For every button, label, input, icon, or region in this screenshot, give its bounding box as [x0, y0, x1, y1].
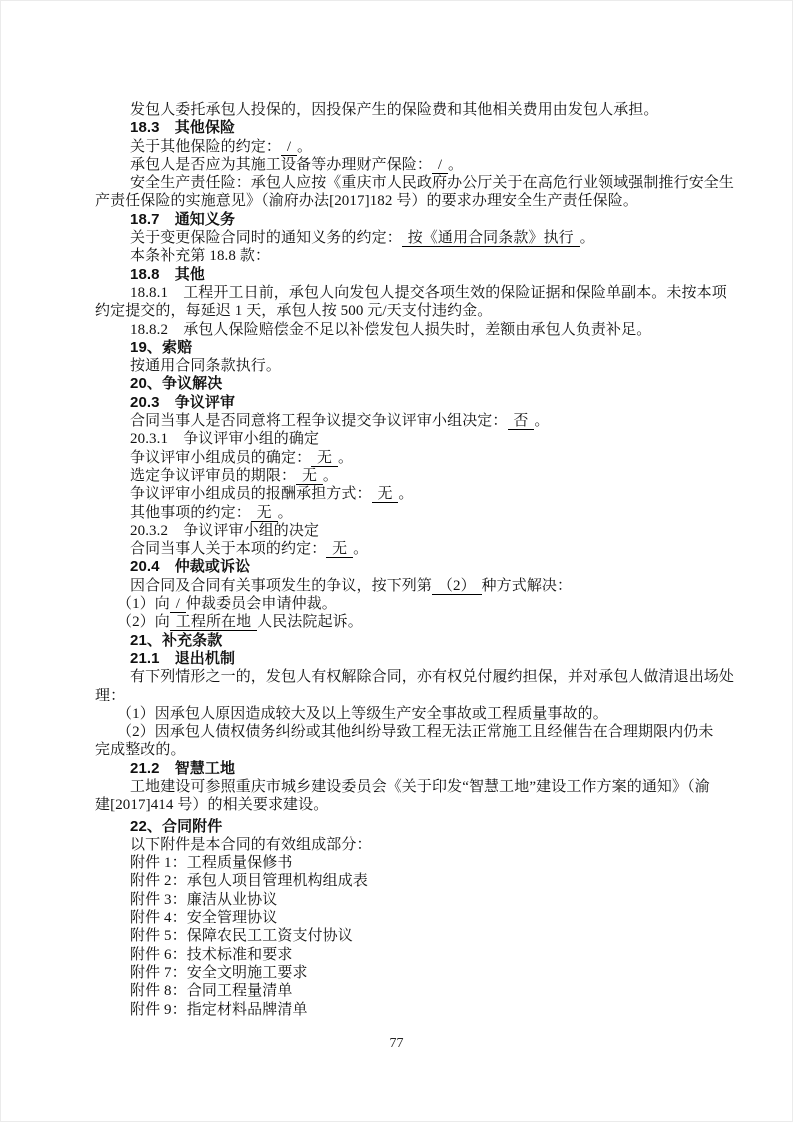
doc-line: 建[2017]414 号）的相关要求建设。	[95, 796, 735, 814]
section-heading: 18.8 其他	[95, 266, 735, 284]
doc-line: 完成整改的。	[95, 741, 735, 759]
text-run: 因合同及合同有关事项发生的争议，按下列第	[130, 578, 432, 594]
text-run: 20.3 争议评审	[130, 394, 235, 411]
text-run: 产责任保险的实施意见》（渝府办法[2017]182 号）的要求办理安全生产责任保…	[95, 193, 638, 209]
text-run: 21.2 智慧工地	[130, 760, 235, 777]
text-run: 20、争议解决	[130, 375, 222, 392]
filled-blank: 无	[251, 505, 278, 522]
doc-line: 附件 4：安全管理协议	[95, 909, 735, 927]
text-run: 附件 6：技术标准和要求	[130, 947, 292, 963]
text-run: 约定提交的，每延迟 1 天，承包人按 500 元/天支付违约金。	[95, 303, 492, 319]
section-heading: 20、争议解决	[95, 375, 735, 393]
text-run: 附件 8：合同工程量清单	[130, 983, 292, 999]
doc-line: 20.3.1 争议评审小组的确定	[95, 430, 735, 448]
doc-line: 18.8.1 工程开工日前，承包人向发包人提交各项生效的保险证据和保险单副本。未…	[95, 284, 735, 302]
text-run: 18.8.1 工程开工日前，承包人向发包人提交各项生效的保险证据和保险单副本。未…	[130, 285, 727, 301]
filled-blank: /	[170, 596, 186, 613]
text-run: 种方式解决：	[482, 578, 573, 594]
text-run: 。	[580, 230, 595, 246]
text-run: 人民法院起诉。	[257, 614, 363, 630]
text-run: 附件 5：保障农民工工资支付协议	[130, 928, 353, 944]
section-heading: 19、索赔	[95, 339, 735, 357]
text-run: 以下附件是本合同的有效组成部分：	[130, 837, 372, 853]
text-run: 争议评审小组成员的报酬承担方式：	[130, 486, 372, 502]
doc-line: 附件 1：工程质量保修书	[95, 854, 735, 872]
doc-line: 附件 5：保障农民工工资支付协议	[95, 927, 735, 945]
doc-line: 争议评审小组成员的报酬承担方式： 无 。	[95, 485, 735, 503]
doc-line: （2）因承包人债权债务纠纷或其他纠纷导致工程无法正常施工且经催告在合理期限内仍未	[95, 723, 735, 741]
text-run: 安全生产责任险：承包人应按《重庆市人民政府办公厅关于在高危行业领域强制推行安全生	[130, 175, 734, 191]
text-run: 按通用合同条款执行。	[130, 358, 281, 374]
filled-blank: 无	[311, 450, 338, 467]
text-run: 合同当事人是否同意将工程争议提交争议评审小组决定：	[130, 413, 508, 429]
section-heading: 22、合同附件	[95, 818, 735, 836]
text-run: 。	[534, 413, 549, 429]
text-run: （1）向	[117, 596, 170, 612]
doc-line: 产责任保险的实施意见》（渝府办法[2017]182 号）的要求办理安全生产责任保…	[95, 192, 735, 210]
doc-line: 关于其他保险的约定： / 。	[95, 138, 735, 156]
text-run: 。	[398, 486, 413, 502]
doc-line: 争议评审小组成员的确定： 无 。	[95, 449, 735, 467]
doc-line: 其他事项的约定： 无 。	[95, 504, 735, 522]
doc-line: （1）向 / 仲裁委员会申请仲裁。	[95, 595, 735, 613]
text-run: 发包人委托承包人投保的，因投保产生的保险费和其他相关费用由发包人承担。	[130, 102, 659, 118]
filled-blank: 否	[508, 413, 535, 430]
filled-blank: 工程所在地	[170, 614, 257, 631]
text-run: 。	[278, 505, 293, 521]
doc-line: 附件 9：指定材料品牌清单	[95, 1001, 735, 1019]
text-run: 附件 1：工程质量保修书	[130, 855, 292, 871]
doc-line: 选定争议评审员的期限： 无 。	[95, 467, 735, 485]
text-run: 附件 2：承包人项目管理机构组成表	[130, 873, 368, 889]
filled-blank: 无	[296, 468, 323, 485]
text-run: 附件 3：廉洁从业协议	[130, 892, 277, 908]
section-heading: 18.7 通知义务	[95, 211, 735, 229]
filled-blank: （2）	[432, 578, 482, 595]
text-run: 21、补充条款	[130, 632, 222, 649]
text-run: 21.1 退出机制	[130, 650, 235, 667]
text-run: 关于变更保险合同时的通知义务的约定：	[130, 230, 402, 246]
doc-line: 18.8.2 承包人保险赔偿金不足以补偿发包人损失时，差额由承包人负责补足。	[95, 321, 735, 339]
doc-line: 按通用合同条款执行。	[95, 357, 735, 375]
doc-line: 20.3.2 争议评审小组的决定	[95, 522, 735, 540]
text-run: 18.8.2 承包人保险赔偿金不足以补偿发包人损失时，差额由承包人负责补足。	[130, 322, 651, 338]
doc-line: 以下附件是本合同的有效组成部分：	[95, 836, 735, 854]
text-run: 。	[353, 541, 368, 557]
doc-line: 合同当事人是否同意将工程争议提交争议评审小组决定： 否 。	[95, 412, 735, 430]
doc-line: 安全生产责任险：承包人应按《重庆市人民政府办公厅关于在高危行业领域强制推行安全生	[95, 174, 735, 192]
filled-blank: 无	[372, 486, 399, 503]
filled-blank: 按《通用合同条款》执行	[402, 230, 580, 247]
text-run: 其他事项的约定：	[130, 505, 251, 521]
doc-line: 附件 2：承包人项目管理机构组成表	[95, 872, 735, 890]
text-run: 仲裁委员会申请仲裁。	[186, 596, 337, 612]
text-run: 工地建设可参照重庆市城乡建设委员会《关于印发“智慧工地”建设工作方案的通知》（渝	[130, 779, 710, 795]
doc-line: 工地建设可参照重庆市城乡建设委员会《关于印发“智慧工地”建设工作方案的通知》（渝	[95, 778, 735, 796]
section-heading: 21、补充条款	[95, 632, 735, 650]
text-run: （1）因承包人原因造成较大及以上等级生产安全事故或工程质量事故的。	[117, 706, 608, 722]
page-number: 77	[0, 1036, 793, 1052]
text-run: 附件 9：指定材料品牌清单	[130, 1002, 308, 1018]
doc-line: 附件 3：廉洁从业协议	[95, 891, 735, 909]
doc-line: 本条补充第 18.8 款：	[95, 247, 735, 265]
doc-line: 承包人是否应为其施工设备等办理财产保险： / 。	[95, 156, 735, 174]
text-run: 附件 4：安全管理协议	[130, 910, 277, 926]
text-run: 承包人是否应为其施工设备等办理财产保险：	[130, 157, 432, 173]
text-run: 完成整改的。	[95, 742, 186, 758]
filled-blank: 无	[326, 541, 353, 558]
section-heading: 21.1 退出机制	[95, 650, 735, 668]
text-run: 争议评审小组成员的确定：	[130, 450, 311, 466]
text-run: 合同当事人关于本项的约定：	[130, 541, 326, 557]
section-heading: 21.2 智慧工地	[95, 760, 735, 778]
doc-line: 理：	[95, 687, 735, 705]
text-run: 。	[297, 139, 312, 155]
document-page: { "document": { "lines": [ {"type": "par…	[0, 0, 793, 1122]
filled-blank: /	[281, 139, 297, 156]
text-run: 本条补充第 18.8 款：	[130, 248, 270, 264]
text-run: 20.3.2 争议评审小组的决定	[130, 523, 319, 539]
section-heading: 20.4 仲裁或诉讼	[95, 558, 735, 576]
section-heading: 18.3 其他保险	[95, 119, 735, 137]
text-run: 20.3.1 争议评审小组的确定	[130, 431, 319, 447]
text-run: 选定争议评审员的期限：	[130, 468, 296, 484]
text-run: 有下列情形之一的，发包人有权解除合同，亦有权兑付履约担保，并对承包人做清退出场处	[130, 669, 734, 685]
doc-line: 附件 8：合同工程量清单	[95, 982, 735, 1000]
text-run: 18.8 其他	[130, 266, 205, 283]
text-run: （2）向	[117, 614, 170, 630]
text-run: 20.4 仲裁或诉讼	[130, 558, 250, 575]
doc-line: （2）向 工程所在地 人民法院起诉。	[95, 613, 735, 631]
doc-line: 关于变更保险合同时的通知义务的约定： 按《通用合同条款》执行 。	[95, 229, 735, 247]
text-run: （2）因承包人债权债务纠纷或其他纠纷导致工程无法正常施工且经催告在合理期限内仍未	[117, 724, 714, 740]
text-run: 附件 7：安全文明施工要求	[130, 965, 308, 981]
text-run: 18.3 其他保险	[130, 119, 235, 136]
text-run: 关于其他保险的约定：	[130, 139, 281, 155]
text-run: 19、索赔	[130, 339, 192, 356]
doc-line: 发包人委托承包人投保的，因投保产生的保险费和其他相关费用由发包人承担。	[95, 101, 735, 119]
doc-line: 合同当事人关于本项的约定： 无 。	[95, 540, 735, 558]
doc-line: 附件 7：安全文明施工要求	[95, 964, 735, 982]
doc-line: 有下列情形之一的，发包人有权解除合同，亦有权兑付履约担保，并对承包人做清退出场处	[95, 668, 735, 686]
section-heading: 20.3 争议评审	[95, 394, 735, 412]
text-run: 理：	[95, 688, 125, 704]
doc-line: 附件 6：技术标准和要求	[95, 946, 735, 964]
text-run: 。	[448, 157, 463, 173]
filled-blank: /	[432, 157, 448, 174]
text-run: 。	[323, 468, 338, 484]
text-run: 22、合同附件	[130, 818, 222, 835]
doc-line: 约定提交的，每延迟 1 天，承包人按 500 元/天支付违约金。	[95, 302, 735, 320]
doc-body: 发包人委托承包人投保的，因投保产生的保险费和其他相关费用由发包人承担。18.3 …	[95, 101, 735, 1019]
text-run: 。	[338, 450, 353, 466]
doc-line: 因合同及合同有关事项发生的争议，按下列第 （2） 种方式解决：	[95, 577, 735, 595]
doc-line: （1）因承包人原因造成较大及以上等级生产安全事故或工程质量事故的。	[95, 705, 735, 723]
text-run: 建[2017]414 号）的相关要求建设。	[95, 797, 328, 813]
text-run: 18.7 通知义务	[130, 211, 235, 228]
